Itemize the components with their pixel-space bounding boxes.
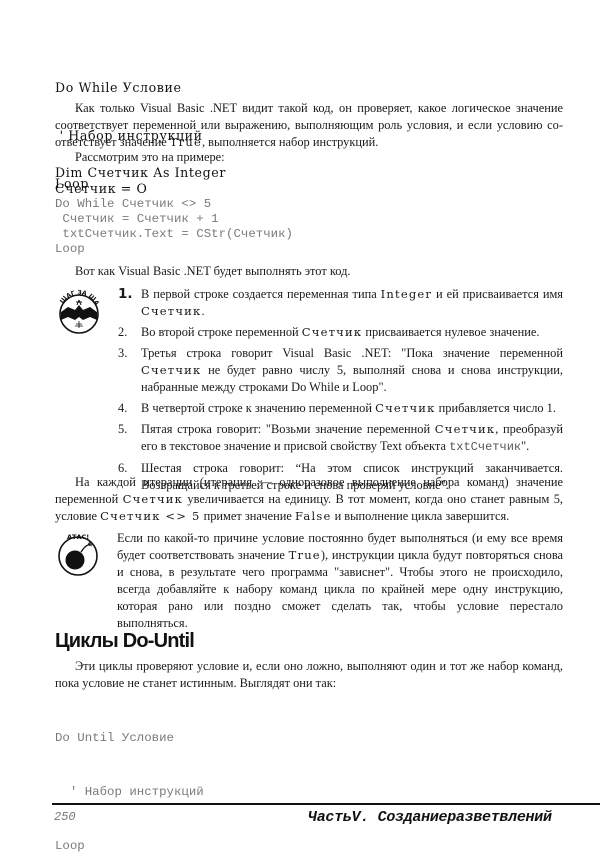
step-by-step-icon: ШАГ ЗА ШАГОМ bbox=[55, 288, 103, 336]
execution-steps-list: 1. В первой строке создается переменная … bbox=[118, 286, 563, 498]
inline-code: txtСчетчик bbox=[449, 440, 521, 454]
code-line: Do While Счетчик <> 5 bbox=[55, 197, 293, 212]
text: и выполнение цикла завершится. bbox=[331, 509, 509, 523]
code-line: Dim Счетчик As Integer bbox=[55, 165, 293, 181]
step-number: 3. bbox=[118, 345, 127, 362]
paragraph-example-intro: Рассмотрим это на примере: bbox=[75, 149, 225, 166]
paragraph-execution-intro: Вот как Visual Basic .NET будет выполнят… bbox=[75, 263, 350, 280]
code-block-example: Dim Счетчик As Integer Счетчик = О Do Wh… bbox=[55, 165, 293, 257]
inline-code: Счетчик <> 5 bbox=[100, 509, 200, 523]
page-number: 250 bbox=[54, 810, 76, 824]
code-line: ' Набор инструкций bbox=[55, 783, 204, 801]
inline-code: Счетчик bbox=[302, 325, 362, 339]
code-line: Do While Условие bbox=[55, 80, 203, 96]
chapter-title: ЧастьV. Созданиеразветвлений bbox=[308, 809, 552, 826]
warning-note: Если по какой-то причине условие постоян… bbox=[117, 530, 563, 632]
code-line: txtСчетчик.Text = CStr(Счетчик) bbox=[55, 227, 293, 242]
text: Третья строка говорит Visual Basic .NET:… bbox=[141, 346, 563, 360]
text: прибавляется число 1. bbox=[436, 401, 556, 415]
text: Во второй строке переменной bbox=[141, 325, 302, 339]
code-line: Do Until Условие bbox=[55, 729, 204, 747]
text: не будет равно числу 5, выполняй снова и… bbox=[141, 363, 563, 394]
inline-code: Счетчик bbox=[123, 492, 183, 506]
inline-code: Счетчик bbox=[141, 304, 201, 318]
text: Пятая строка говорит: "Возьми значение п… bbox=[141, 422, 435, 436]
paragraph-do-until: Эти циклы проверяют условие и, если оно … bbox=[55, 658, 563, 692]
text: и ей присваивается имя bbox=[432, 287, 563, 301]
inline-code: False bbox=[295, 509, 331, 523]
code-line: Loop bbox=[55, 242, 293, 257]
list-item: 3. Третья строка говорит Visual Basic .N… bbox=[118, 345, 563, 396]
step-number: 2. bbox=[118, 324, 127, 341]
paragraph-intro: Как только Visual Basic .NET видит такой… bbox=[55, 100, 563, 151]
inline-code: Счетчик bbox=[435, 422, 495, 436]
inline-code: Счетчик bbox=[141, 363, 201, 377]
list-item: 4. В четвертой строке к значению перемен… bbox=[118, 400, 563, 417]
step-number: 5. bbox=[118, 421, 127, 438]
code-line: Счетчик = О bbox=[55, 181, 293, 197]
code-block-do-until-syntax: Do Until Условие ' Набор инструкций Loop bbox=[55, 693, 204, 865]
text: , выполняется набор инструкций. bbox=[202, 135, 378, 149]
text: В четвертой строке к значению переменной bbox=[141, 401, 375, 415]
step-number: 1. bbox=[118, 286, 133, 303]
text: . bbox=[201, 304, 204, 318]
bomb-warning-icon: АТАС! bbox=[55, 530, 101, 578]
paragraph-iteration: На каждой итерации (итерация — одноразов… bbox=[55, 474, 563, 525]
inline-code: True bbox=[170, 135, 202, 149]
step-number: 4. bbox=[118, 400, 127, 417]
list-item: 2. Во второй строке переменной Счетчик п… bbox=[118, 324, 563, 341]
inline-code: Счетчик bbox=[375, 401, 435, 415]
text: В первой строке создается переменная тип… bbox=[141, 287, 381, 301]
list-item: 1. В первой строке создается переменная … bbox=[118, 286, 563, 320]
svg-text:АТАС!: АТАС! bbox=[67, 533, 89, 541]
text: присваивается нулевое значение. bbox=[362, 325, 539, 339]
code-line: Loop bbox=[55, 837, 204, 855]
inline-code: Integer bbox=[381, 287, 432, 301]
text: ". bbox=[521, 439, 529, 453]
inline-code: True bbox=[289, 548, 321, 562]
text: примет значение bbox=[200, 509, 295, 523]
footer-divider bbox=[52, 803, 600, 805]
list-item: 5. Пятая строка говорит: "Возьми значени… bbox=[118, 421, 563, 456]
section-heading: Циклы Do-Until bbox=[55, 630, 194, 653]
code-line: Счетчик = Счетчик + 1 bbox=[55, 212, 293, 227]
